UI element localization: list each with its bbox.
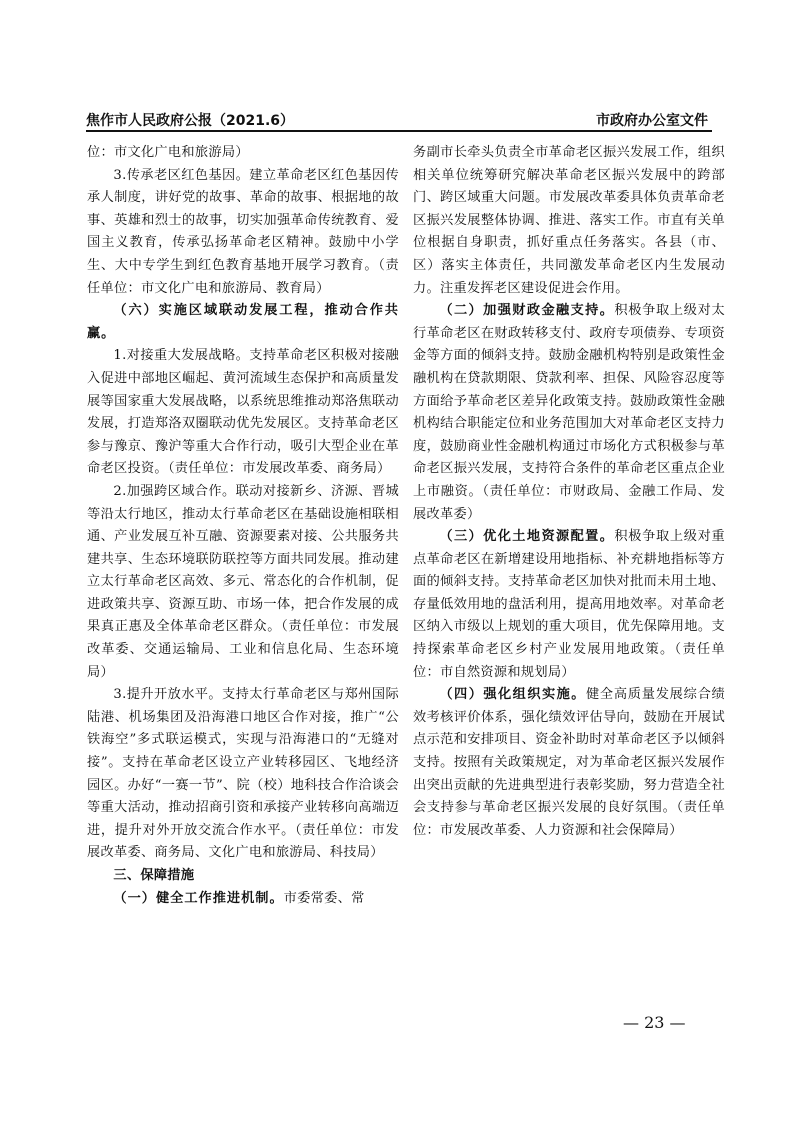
subheading-lead: （三）优化土地资源配置。 bbox=[439, 529, 614, 544]
running-header: 焦作市人民政府公报（2021.6） 市政府办公室文件 bbox=[86, 108, 708, 130]
paragraph: 务副市长牵头负责全市革命老区振兴发展工作，组织相关单位统筹研究解决革命老区振兴发… bbox=[413, 142, 725, 300]
paragraph: 位：市文化广电和旅游局） bbox=[87, 142, 399, 165]
paragraph-text: 积极争取上级对重点革命老区在新增建设用地指标、补充耕地指标等方面的倾斜支持。支持… bbox=[413, 529, 725, 680]
right-column: 务副市长牵头负责全市革命老区振兴发展工作，组织相关单位统筹研究解决革命老区振兴发… bbox=[413, 142, 725, 842]
section-title: 市政府办公室文件 bbox=[596, 110, 708, 130]
page-number: — 23 — bbox=[623, 1013, 686, 1032]
paragraph: 3.提升开放水平。支持太行革命老区与郑州国际陆港、机场集团及沿海港口地区合作对接… bbox=[87, 684, 399, 865]
section-heading: 三、保障措施 bbox=[87, 865, 399, 888]
header-rule bbox=[86, 130, 712, 132]
subheading-lead: （四）强化组织实施。 bbox=[439, 687, 586, 702]
subheading-lead: （二）加强财政金融支持。 bbox=[439, 303, 614, 318]
journal-title: 焦作市人民政府公报（2021.6） bbox=[86, 110, 294, 130]
paragraph: （三）优化土地资源配置。积极争取上级对重点革命老区在新增建设用地指标、补充耕地指… bbox=[413, 526, 725, 684]
paragraph: 1.对接重大发展战略。支持革命老区积极对接融入促进中部地区崛起、黄河流域生态保护… bbox=[87, 345, 399, 481]
paragraph: （四）强化组织实施。健全高质量发展综合绩效考核评价体系，强化绩效评估导向，鼓励在… bbox=[413, 684, 725, 842]
paragraph-text: 积极争取上级对太行革命老区在财政转移支付、政府专项债券、专项资金等方面的倾斜支持… bbox=[413, 303, 725, 521]
paragraph: （二）加强财政金融支持。积极争取上级对太行革命老区在财政转移支付、政府专项债券、… bbox=[413, 300, 725, 526]
subheading: （六）实施区域联动发展工程，推动合作共赢。 bbox=[87, 300, 399, 345]
paragraph-text: 健全高质量发展综合绩效考核评价体系，强化绩效评估导向，鼓励在开展试点示范和安排项… bbox=[413, 687, 725, 838]
subheading-lead: （六）实施区域联动发展工程，推动合作共赢。 bbox=[87, 303, 399, 341]
left-column: 位：市文化广电和旅游局） 3.传承老区红色基因。建立革命老区红色基因传承人制度，… bbox=[87, 142, 399, 910]
paragraph: 3.传承老区红色基因。建立革命老区红色基因传承人制度，讲好党的故事、革命的故事、… bbox=[87, 165, 399, 301]
paragraph-text: 市委常委、常 bbox=[284, 891, 365, 906]
paragraph: 2.加强跨区域合作。联动对接新乡、济源、晋城等沿太行地区，推动太行革命老区在基础… bbox=[87, 481, 399, 684]
subheading-lead: （一）健全工作推进机制。 bbox=[113, 891, 283, 906]
paragraph: （一）健全工作推进机制。市委常委、常 bbox=[87, 888, 399, 911]
